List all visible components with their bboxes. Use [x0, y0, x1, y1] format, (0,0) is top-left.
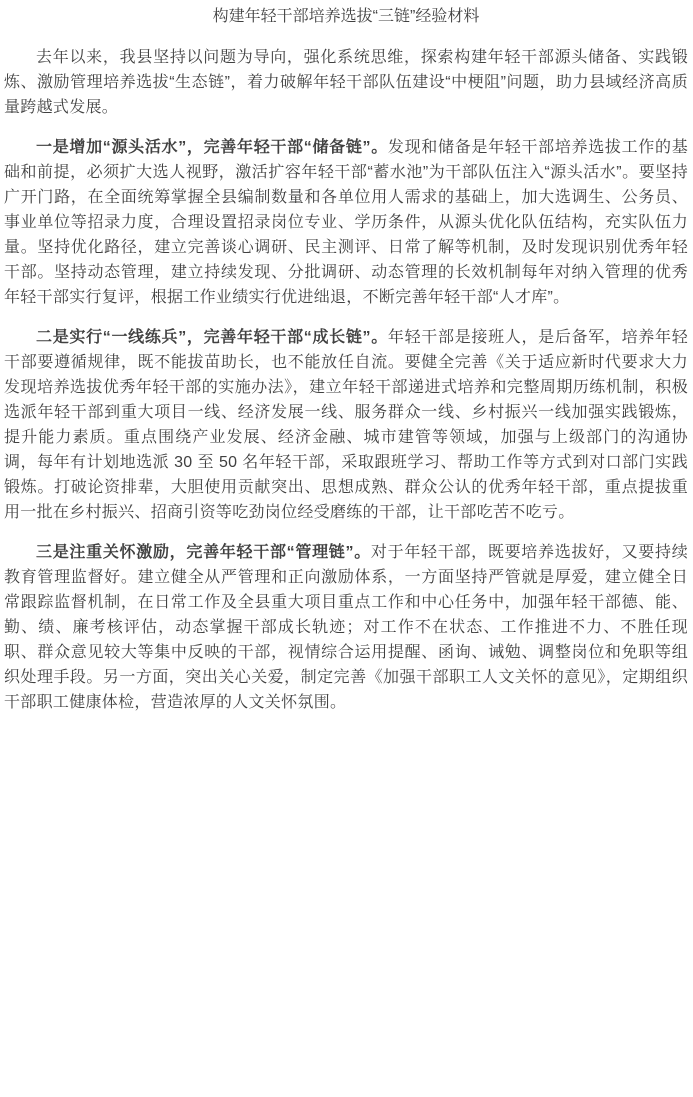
- paragraph-point-two-lead: 二是实行“一线练兵”，完善年轻干部“成长链”。: [36, 329, 388, 346]
- paragraph-point-three: 三是注重关怀激励，完善年轻干部“管理链”。对于年轻干部，既要培养选拔好，又要持续…: [4, 540, 688, 715]
- paragraph-point-one-body: 发现和储备是年轻干部培养选拔工作的基础和前提，必须扩大选人视野，激活扩容年轻干部…: [4, 139, 688, 306]
- paragraph-point-two: 二是实行“一线练兵”，完善年轻干部“成长链”。年轻干部是接班人，是后备军，培养年…: [4, 325, 688, 525]
- paragraph-point-one: 一是增加“源头活水”，完善年轻干部“储备链”。发现和储备是年轻干部培养选拔工作的…: [4, 135, 688, 310]
- paragraph-point-one-lead: 一是增加“源头活水”，完善年轻干部“储备链”。: [36, 139, 388, 156]
- paragraph-point-three-lead: 三是注重关怀激励，完善年轻干部“管理链”。: [36, 544, 371, 561]
- paragraph-point-three-body: 对于年轻干部，既要培养选拔好，又要持续教育管理监督好。建立健全从严管理和正向激励…: [4, 544, 688, 711]
- document-title: 构建年轻干部培养选拔“三链”经验材料: [4, 4, 688, 29]
- paragraph-point-two-body: 年轻干部是接班人，是后备军，培养年轻干部要遵循规律，既不能拔苗助长，也不能放任自…: [4, 329, 688, 521]
- paragraph-intro-body: 去年以来，我县坚持以问题为导向，强化系统思维，探索构建年轻干部源头储备、实践锻炼…: [4, 49, 688, 116]
- document-page: 构建年轻干部培养选拔“三链”经验材料 去年以来，我县坚持以问题为导向，强化系统思…: [0, 0, 693, 1097]
- paragraph-intro: 去年以来，我县坚持以问题为导向，强化系统思维，探索构建年轻干部源头储备、实践锻炼…: [4, 45, 688, 120]
